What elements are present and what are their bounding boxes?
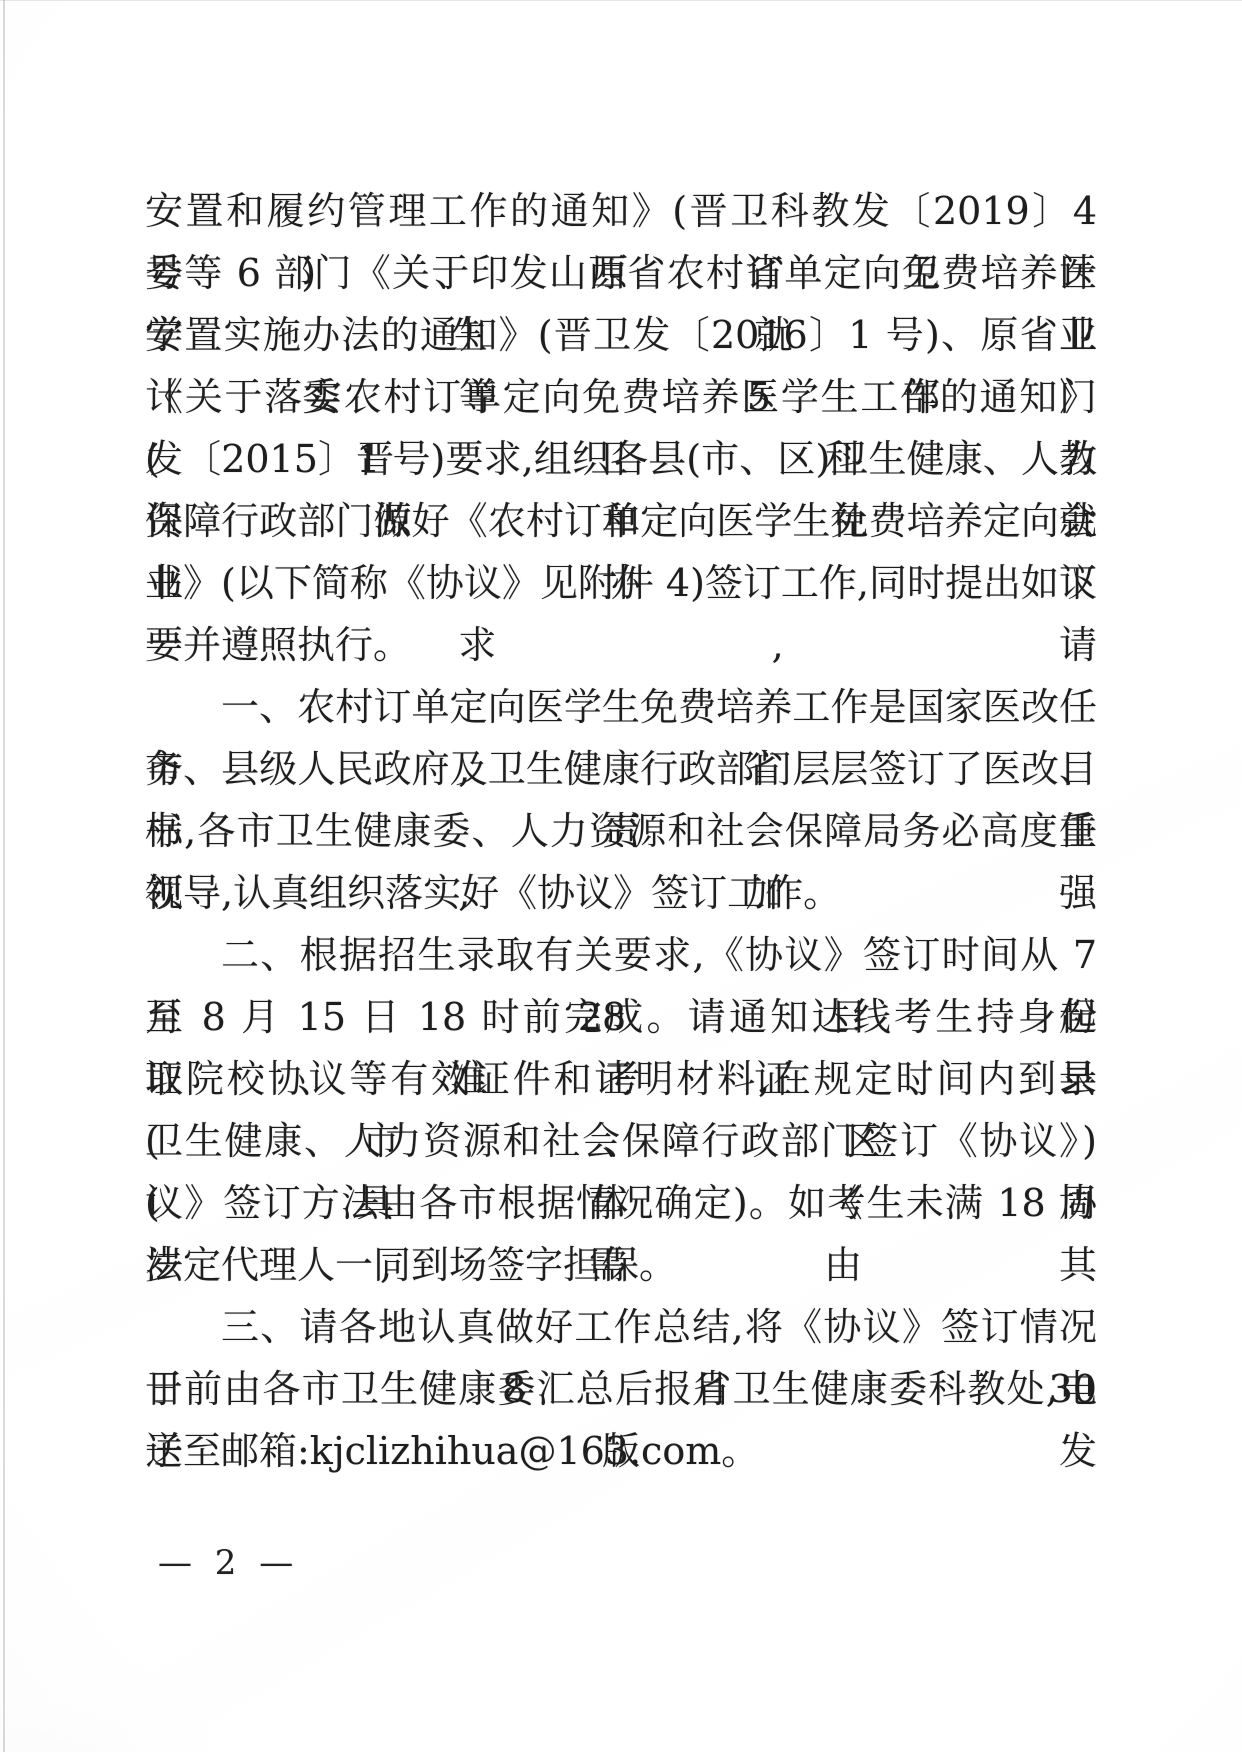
document-page: 安置和履约管理工作的通知》(晋卫科教发〔2019〕4 号)、原省卫计 委等 6 … (0, 0, 1242, 1752)
document-line: 市、县级人民政府及卫生健康行政部门层层签订了医改目标责任 (145, 738, 1097, 800)
document-line: 安置和履约管理工作的通知》(晋卫科教发〔2019〕4 号)、原省卫计 (145, 180, 1097, 242)
document-line: 日前由各市卫生健康委汇总后报省卫生健康委科教处,电子版发 (145, 1358, 1097, 1420)
document-body: 安置和履约管理工作的通知》(晋卫科教发〔2019〕4 号)、原省卫计 委等 6 … (145, 180, 1097, 1482)
document-line: 至 8 月 15 日 18 时前完成。请通知达线考生持身份证、准考证、录 (145, 986, 1097, 1048)
document-line-section-3: 三、请各地认真做好工作总结,将《协议》签订情况于 8 月 30 (145, 1296, 1097, 1358)
document-line-section-2: 二、根据招生录取有关要求,《协议》签订时间从 7 月 28 日起 (145, 924, 1097, 986)
document-line: 书,各市卫生健康委、人力资源和社会保障局务必高度重视,加强 (145, 800, 1097, 862)
document-line: 书》(以下简称《协议》见附件 4)签订工作,同时提出如下要求,请 (145, 552, 1097, 614)
document-line: 取院校协议等有效证件和证明材料,在规定时间内到县(市、区) (145, 1048, 1097, 1110)
document-line: 委等 6 部门《关于印发山西省农村订单定向免费培养医学生就业 (145, 242, 1097, 304)
document-line: 卫生健康、人力资源和社会保障行政部门签订《协议》(具体《协 (145, 1110, 1097, 1172)
document-line: 安置实施办法的通知》(晋卫发〔2016〕1 号)、原省卫计委等 5 部门 (145, 304, 1097, 366)
document-line: 保障行政部门做好《农村订单定向医学生免费培养定向就业协议 (145, 490, 1097, 552)
document-line: 发〔2015〕1 号)要求,组织各县(市、区)卫生健康、人力资源和社会 (145, 428, 1097, 490)
document-line-section-1: 一、农村订单定向医学生免费培养工作是国家医改任务,省、 (145, 676, 1097, 738)
document-line: 《关于落实农村订单定向免费培养医学生工作的通知》(晋卫科教 (145, 366, 1097, 428)
document-line: 议》签订方法由各市根据情况确定)。如考生未满 18 周岁,需由其 (145, 1172, 1097, 1234)
page-number: — 2 — (158, 1543, 299, 1583)
